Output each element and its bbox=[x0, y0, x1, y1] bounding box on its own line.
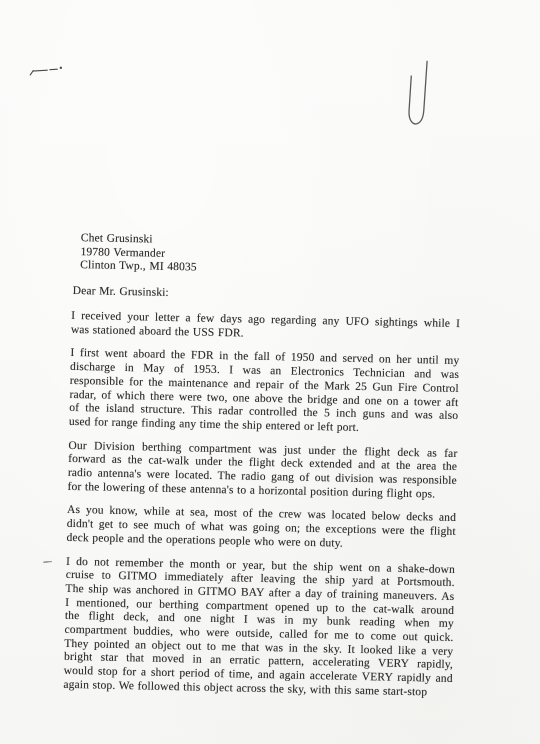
letter-content: Chet Grusinski 19780 Vermander Clinton T… bbox=[0, 0, 540, 744]
recipient-city: Clinton Twp., MI 48035 bbox=[80, 259, 197, 275]
pen-scribble-icon bbox=[27, 63, 65, 78]
letter-body: I received your letter a few days ago re… bbox=[63, 310, 460, 711]
paragraph-4: As you know, while at sea, most of the c… bbox=[66, 504, 456, 553]
paragraph-3: Our Division berthing compartment was ju… bbox=[67, 439, 457, 502]
scanned-letter-page: Chet Grusinski 19780 Vermander Clinton T… bbox=[0, 0, 540, 744]
margin-dash-mark bbox=[43, 561, 52, 562]
recipient-address-block: Chet Grusinski 19780 Vermander Clinton T… bbox=[80, 232, 197, 276]
salutation: Dear Mr. Grusinski: bbox=[73, 285, 169, 301]
paragraph-2: I first went aboard the FDR in the fall … bbox=[69, 347, 460, 437]
paperclip-icon bbox=[396, 53, 438, 134]
paragraph-5: I do not remember the month or year, but… bbox=[63, 555, 455, 700]
paragraph-1: I received your letter a few days ago re… bbox=[71, 310, 460, 346]
